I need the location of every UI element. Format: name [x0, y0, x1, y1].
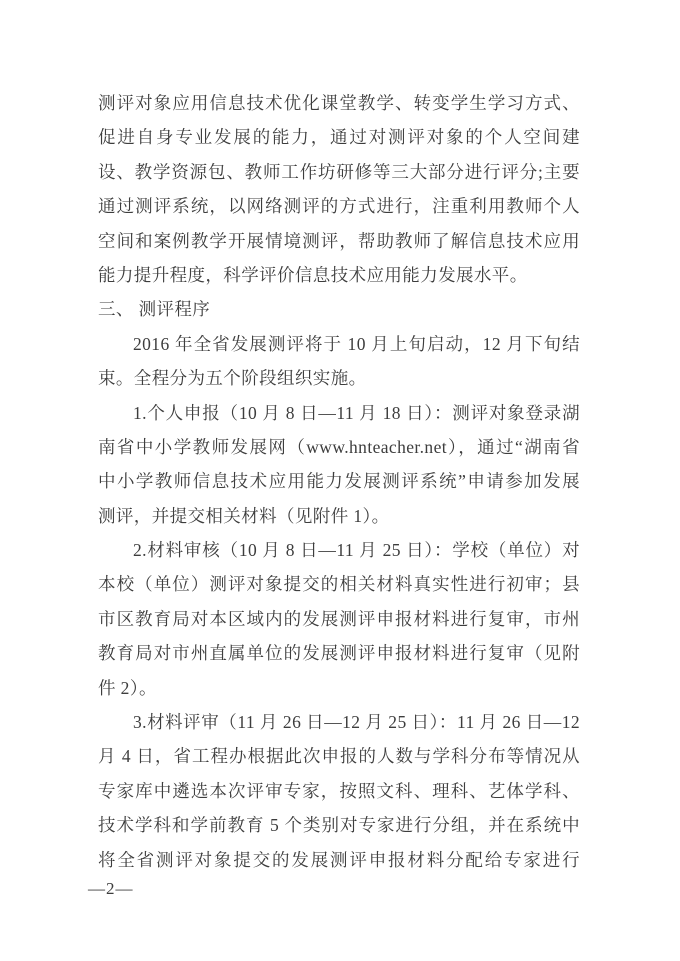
text-line: 束。全程分为五个阶段组织实施。 — [98, 361, 580, 395]
text-line: 1.个人申报（10 月 8 日—11 月 18 日）：测评对象登录湖 — [98, 396, 580, 430]
text-line: 月 4 日，省工程办根据此次申报的人数与学科分布等情况从 — [98, 739, 580, 773]
text-line: 技术学科和学前教育 5 个类别对专家进行分组，并在系统中 — [98, 808, 580, 842]
text-block: 测评对象应用信息技术优化课堂教学、转变学生学习方式、促进自身专业发展的能力，通过… — [98, 86, 580, 877]
text-line: 将全省测评对象提交的发展测评申报材料分配给专家进行 — [98, 843, 580, 877]
text-line: 专家库中遴选本次评审专家，按照文科、理科、艺体学科、 — [98, 774, 580, 808]
text-line: 测评，并提交相关材料（见附件 1）。 — [98, 499, 580, 533]
page-number: —2— — [88, 876, 134, 902]
text-line: 通过测评系统，以网络测评的方式进行，注重利用教师个人 — [98, 189, 580, 223]
document-page: 测评对象应用信息技术优化课堂教学、转变学生学习方式、促进自身专业发展的能力，通过… — [0, 0, 680, 961]
text-line: 中小学教师信息技术应用能力发展测评系统”申请参加发展 — [98, 464, 580, 498]
text-line: 空间和案例教学开展情境测评，帮助教师了解信息技术应用 — [98, 224, 580, 258]
text-line: 测评对象应用信息技术优化课堂教学、转变学生学习方式、 — [98, 86, 580, 120]
text-line: 设、教学资源包、教师工作坊研修等三大部分进行评分;主要 — [98, 155, 580, 189]
text-line: 2.材料审核（10 月 8 日—11 月 25 日）：学校（单位）对 — [98, 533, 580, 567]
text-line: 2016 年全省发展测评将于 10 月上旬启动，12 月下旬结 — [98, 327, 580, 361]
text-line: 能力提升程度，科学评价信息技术应用能力发展水平。 — [98, 258, 580, 292]
text-line: 市区教育局对本区域内的发展测评申报材料进行复审，市州 — [98, 602, 580, 636]
text-line: 促进自身专业发展的能力，通过对测评对象的个人空间建 — [98, 120, 580, 154]
text-line: 三、 测评程序 — [98, 292, 580, 326]
text-line: 件 2）。 — [98, 671, 580, 705]
text-line: 3.材料评审（11 月 26 日—12 月 25 日）：11 月 26 日—12 — [98, 705, 580, 739]
text-line: 教育局对市州直属单位的发展测评申报材料进行复审（见附 — [98, 636, 580, 670]
text-line: 南省中小学教师发展网（www.hnteacher.net），通过“湖南省 — [98, 430, 580, 464]
text-line: 本校（单位）测评对象提交的相关材料真实性进行初审；县 — [98, 567, 580, 601]
